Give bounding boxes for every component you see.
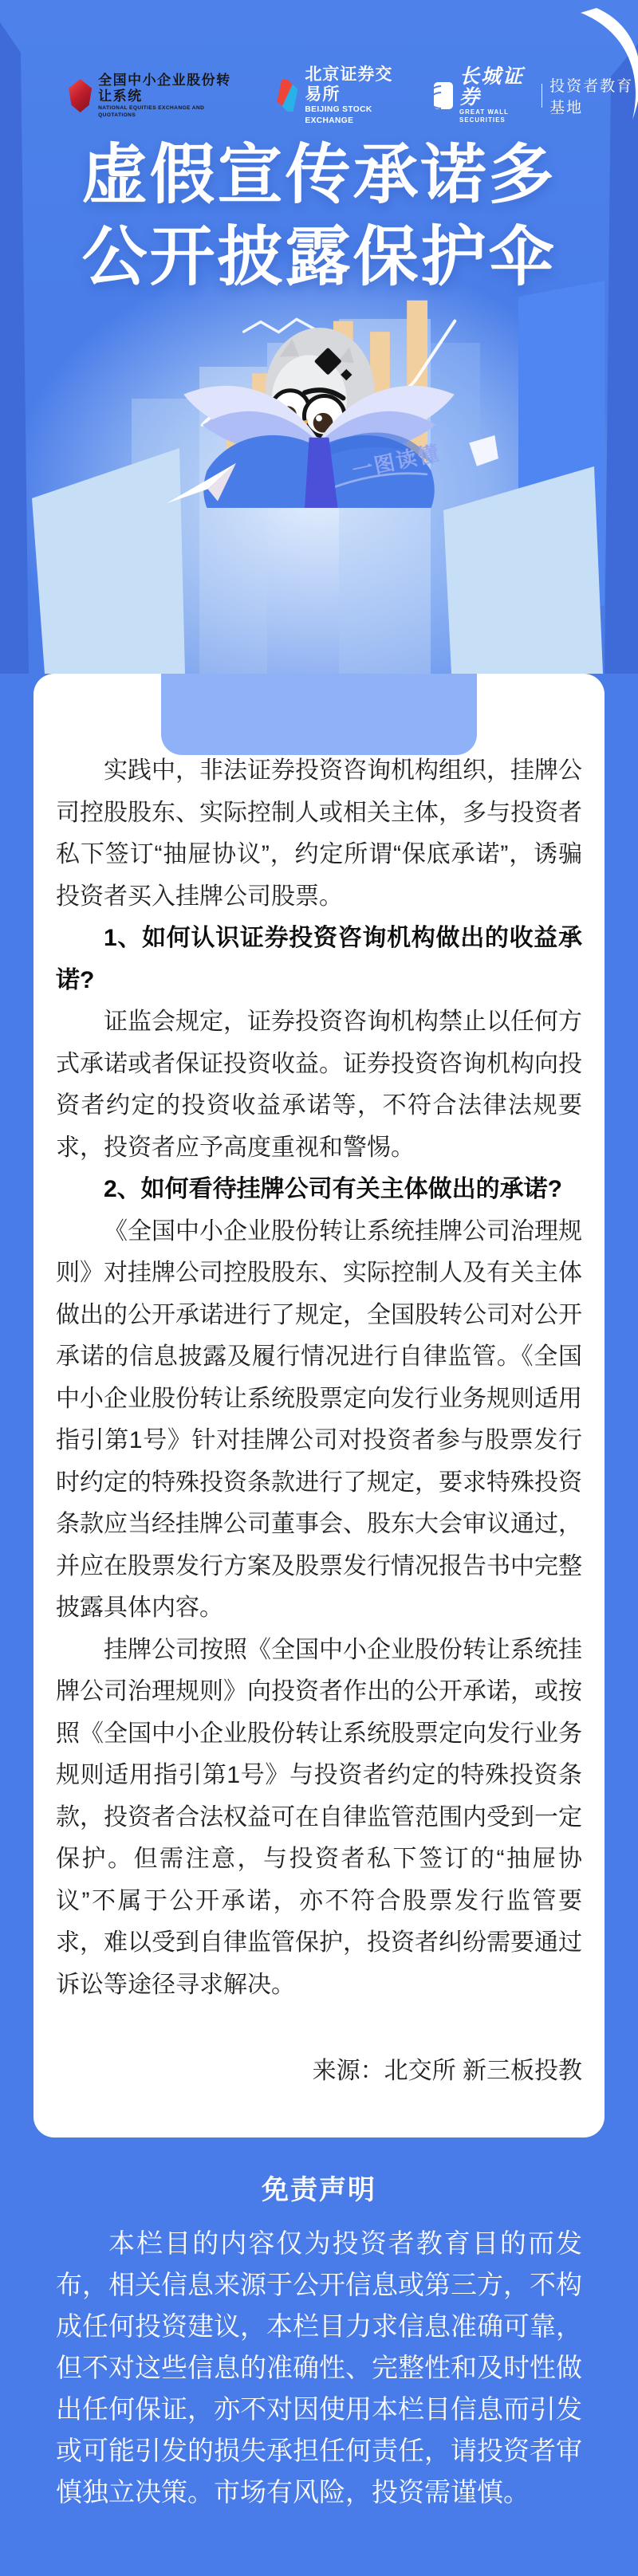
card-top-tab — [161, 674, 477, 755]
greatwall-logo-subtitle: GREAT WALL SECURITIES — [459, 108, 534, 124]
greatwall-logo: 长城证券 GREAT WALL SECURITIES 投资者教育基地 — [434, 67, 638, 124]
bse-logo-name: 北京证券交易所 — [305, 65, 399, 104]
poster-title-line1: 虚假宣传承诺多 — [0, 134, 638, 216]
neeq-logo: 全国中小企业股份转让系统 NATIONAL EQUITIES EXCHANGE … — [69, 73, 234, 119]
investor-education-base-label: 投资者教育基地 — [549, 74, 638, 117]
source-line: 来源：北交所 新三板投教 — [56, 2051, 582, 2093]
disclaimer-title: 免责声明 — [56, 2168, 582, 2207]
disclaimer-body: 本栏目的内容仅为投资者教育目的而发布，相关信息来源于公开信息或第三方，不构成任何… — [56, 2223, 582, 2513]
illustration: 一图读懂 — [0, 295, 638, 674]
zigzag-decoration — [244, 319, 315, 332]
paragraph-answer-2a: 《全国中小企业股份转让系统挂牌公司治理规则》对挂牌公司控股股东、实际控制人及有关… — [56, 1211, 582, 1630]
heading-question-1: 1、如何认识证券投资咨询机构做出的收益承诺? — [56, 918, 582, 1001]
hero-section: 全国中小企业股份转让系统 NATIONAL EQUITIES EXCHANGE … — [0, 0, 638, 674]
paragraph-intro: 实践中，非法证券投资咨询机构组织，挂牌公司控股股东、实际控制人或相关主体，多与投… — [56, 750, 582, 918]
logo-row: 全国中小企业股份转让系统 NATIONAL EQUITIES EXCHANGE … — [0, 77, 638, 115]
greatwall-logo-name: 长城证券 — [459, 67, 534, 108]
poster-title-line2: 公开披露保护伞 — [0, 216, 638, 298]
bse-logo-icon — [277, 80, 297, 112]
investor-education-poster: { "header": { "logos": [ {"name": "全国中小企… — [0, 0, 638, 2576]
paper-sheet-icon — [469, 435, 498, 466]
neeq-logo-name: 全国中小企业股份转让系统 — [98, 73, 234, 104]
bse-logo: 北京证券交易所 BEIJING STOCK EXCHANGE — [277, 65, 398, 127]
bse-logo-subtitle: BEIJING STOCK EXCHANGE — [305, 104, 399, 127]
poster-title: 虚假宣传承诺多 公开披露保护伞 — [0, 134, 638, 298]
heading-question-2: 2、如何看待挂牌公司有关主体做出的承诺? — [56, 1169, 582, 1211]
disclaimer-section: 免责声明 本栏目的内容仅为投资者教育目的而发布，相关信息来源于公开信息或第三方，… — [0, 2137, 638, 2513]
paragraph-answer-2b: 挂牌公司按照《全国中小企业股份转让系统挂牌公司治理规则》向投资者作出的公开承诺，… — [56, 1630, 582, 2007]
article-card: 实践中，非法证券投资咨询机构组织，挂牌公司控股股东、实际控制人或相关主体，多与投… — [33, 674, 605, 2137]
neeq-logo-subtitle: NATIONAL EQUITIES EXCHANGE AND QUOTATION… — [98, 104, 234, 119]
neeq-logo-icon — [69, 79, 92, 112]
greatwall-logo-icon — [434, 82, 453, 109]
paragraph-answer-1: 证监会规定，证券投资咨询机构禁止以任何方式承诺或者保证投资收益。证券投资咨询机构… — [56, 1001, 582, 1169]
logo-divider — [542, 84, 543, 108]
